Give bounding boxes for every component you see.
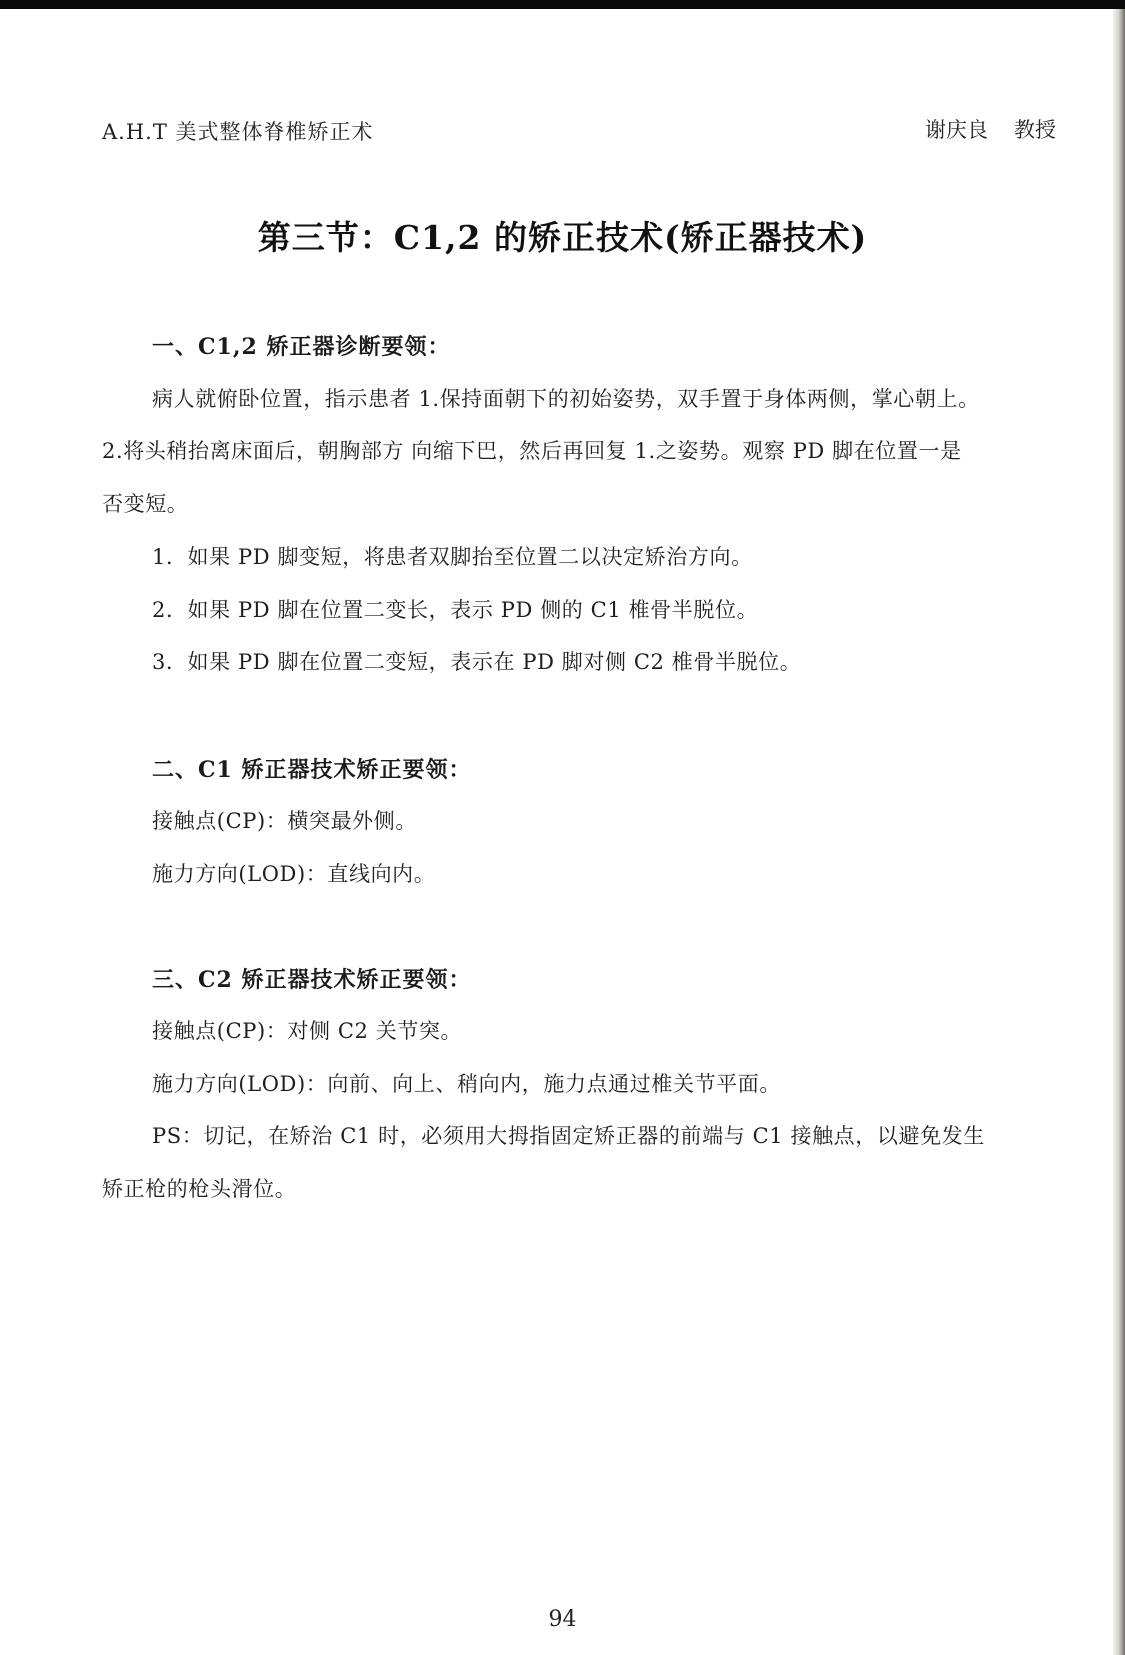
paragraph-line: 病人就俯卧位置，指示患者 1.保持面朝下的初始姿势，双手置于身体两侧，掌心朝上。 <box>152 383 980 413</box>
paragraph-line: 否变短。 <box>102 488 188 518</box>
running-header-author: 谢庆良教授 <box>925 114 1056 144</box>
heading-c12-diagnosis: 一、C1,2 矫正器诊断要领： <box>152 330 450 361</box>
list-item: 3．如果 PD 脚在位置二变短，表示在 PD 脚对侧 C2 椎骨半脱位。 <box>152 646 801 676</box>
note-line: 矫正枪的枪头滑位。 <box>102 1173 296 1203</box>
list-item: 2．如果 PD 脚在位置二变长，表示 PD 侧的 C1 椎骨半脱位。 <box>152 594 758 624</box>
scan-top-border <box>0 0 1125 9</box>
note-line: PS：切记，在矫治 C1 时，必须用大拇指固定矫正器的前端与 C1 接触点，以避… <box>152 1120 985 1150</box>
author-title: 教授 <box>1014 118 1056 142</box>
line-of-drive-line: 施力方向(LOD)：向前、向上、稍向内，施力点通过椎关节平面。 <box>152 1068 781 1098</box>
heading-c2-technique: 三、C2 矫正器技术矫正要领： <box>152 963 471 994</box>
heading-c1-technique: 二、C1 矫正器技术矫正要领： <box>152 753 471 784</box>
contact-point-line: 接触点(CP)：横突最外侧。 <box>152 805 417 835</box>
paragraph-line: 2.将头稍抬离床面后，朝胸部方 向缩下巴，然后再回复 1.之姿势。观察 PD 脚… <box>102 435 962 465</box>
page-number: 94 <box>0 1607 1125 1632</box>
line-of-drive-line: 施力方向(LOD)：直线向内。 <box>152 858 435 888</box>
section-title: 第三节：C1,2 的矫正技术(矫正器技术) <box>0 212 1125 259</box>
running-header-book-title: A.H.T 美式整体脊椎矫正术 <box>102 116 374 146</box>
author-name: 谢庆良 <box>925 118 988 142</box>
list-item: 1．如果 PD 脚变短，将患者双脚抬至位置二以决定矫治方向。 <box>152 541 753 571</box>
contact-point-line: 接触点(CP)：对侧 C2 关节突。 <box>152 1015 462 1045</box>
